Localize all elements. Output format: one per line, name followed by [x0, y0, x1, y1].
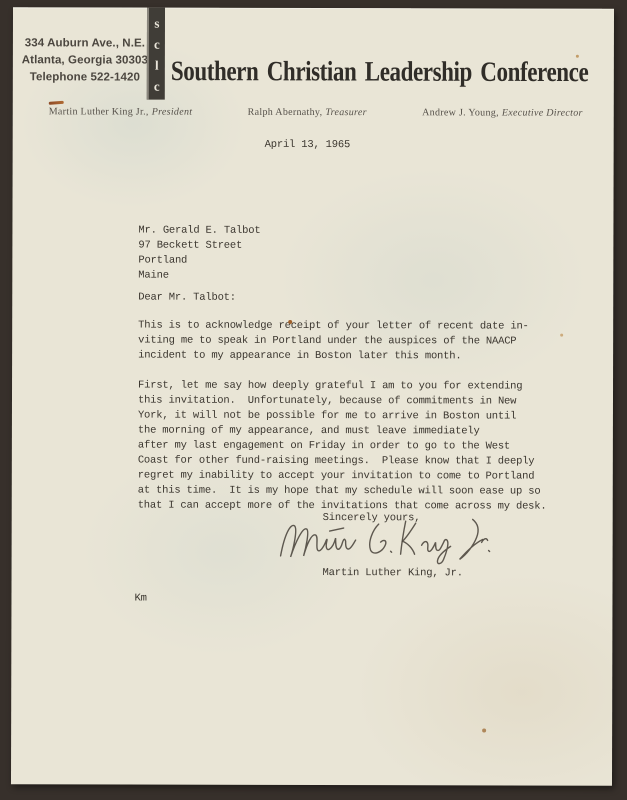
officer-executive-director: Andrew J. Young,Executive Director — [422, 107, 583, 118]
logo-letter-c2: c — [154, 76, 160, 97]
stain-dot — [288, 320, 292, 324]
body-paragraph-1: This is to acknowledge receipt of your l… — [138, 319, 529, 365]
scanned-letter-background: 334 Auburn Ave., N.E. Atlanta, Georgia 3… — [0, 0, 627, 800]
logo-letter-s: s — [154, 13, 159, 34]
officer-title: Executive Director — [502, 107, 583, 118]
salutation: Dear Mr. Talbot: — [138, 291, 236, 306]
letter-page: 334 Auburn Ave., N.E. Atlanta, Georgia 3… — [11, 7, 614, 786]
stain-speck — [482, 728, 486, 732]
typed-signature-name: Martin Luther King, Jr. — [323, 566, 463, 581]
body-paragraph-2: First, let me say how deeply grateful I … — [138, 379, 547, 515]
sclc-logo-bar: s c l c — [147, 8, 165, 100]
typist-initials: Km — [134, 592, 146, 607]
date-line: April 13, 1965 — [265, 138, 350, 153]
officer-name: Andrew J. Young, — [422, 107, 499, 118]
officer-name: Martin Luther King Jr., — [49, 106, 149, 117]
officers-row: Martin Luther King Jr.,President Ralph A… — [49, 106, 583, 118]
officer-name: Ralph Abernathy, — [248, 107, 323, 118]
stain-speck — [576, 55, 579, 58]
logo-letter-c1: c — [154, 34, 160, 55]
logo-letter-l: l — [155, 55, 159, 76]
letterhead-address: 334 Auburn Ave., N.E. Atlanta, Georgia 3… — [21, 35, 149, 86]
officer-treasurer: Ralph Abernathy,Treasurer — [248, 107, 367, 118]
stain-dash — [49, 101, 64, 105]
organization-name: Southern Christian Leadership Conference — [171, 56, 589, 89]
officer-president: Martin Luther King Jr.,President — [49, 106, 193, 117]
handwritten-signature — [276, 514, 491, 570]
stain-speck — [560, 334, 563, 337]
officer-title: Treasurer — [325, 107, 366, 118]
recipient-address: Mr. Gerald E. Talbot 97 Beckett Street P… — [138, 224, 260, 284]
officer-title: President — [152, 107, 193, 118]
